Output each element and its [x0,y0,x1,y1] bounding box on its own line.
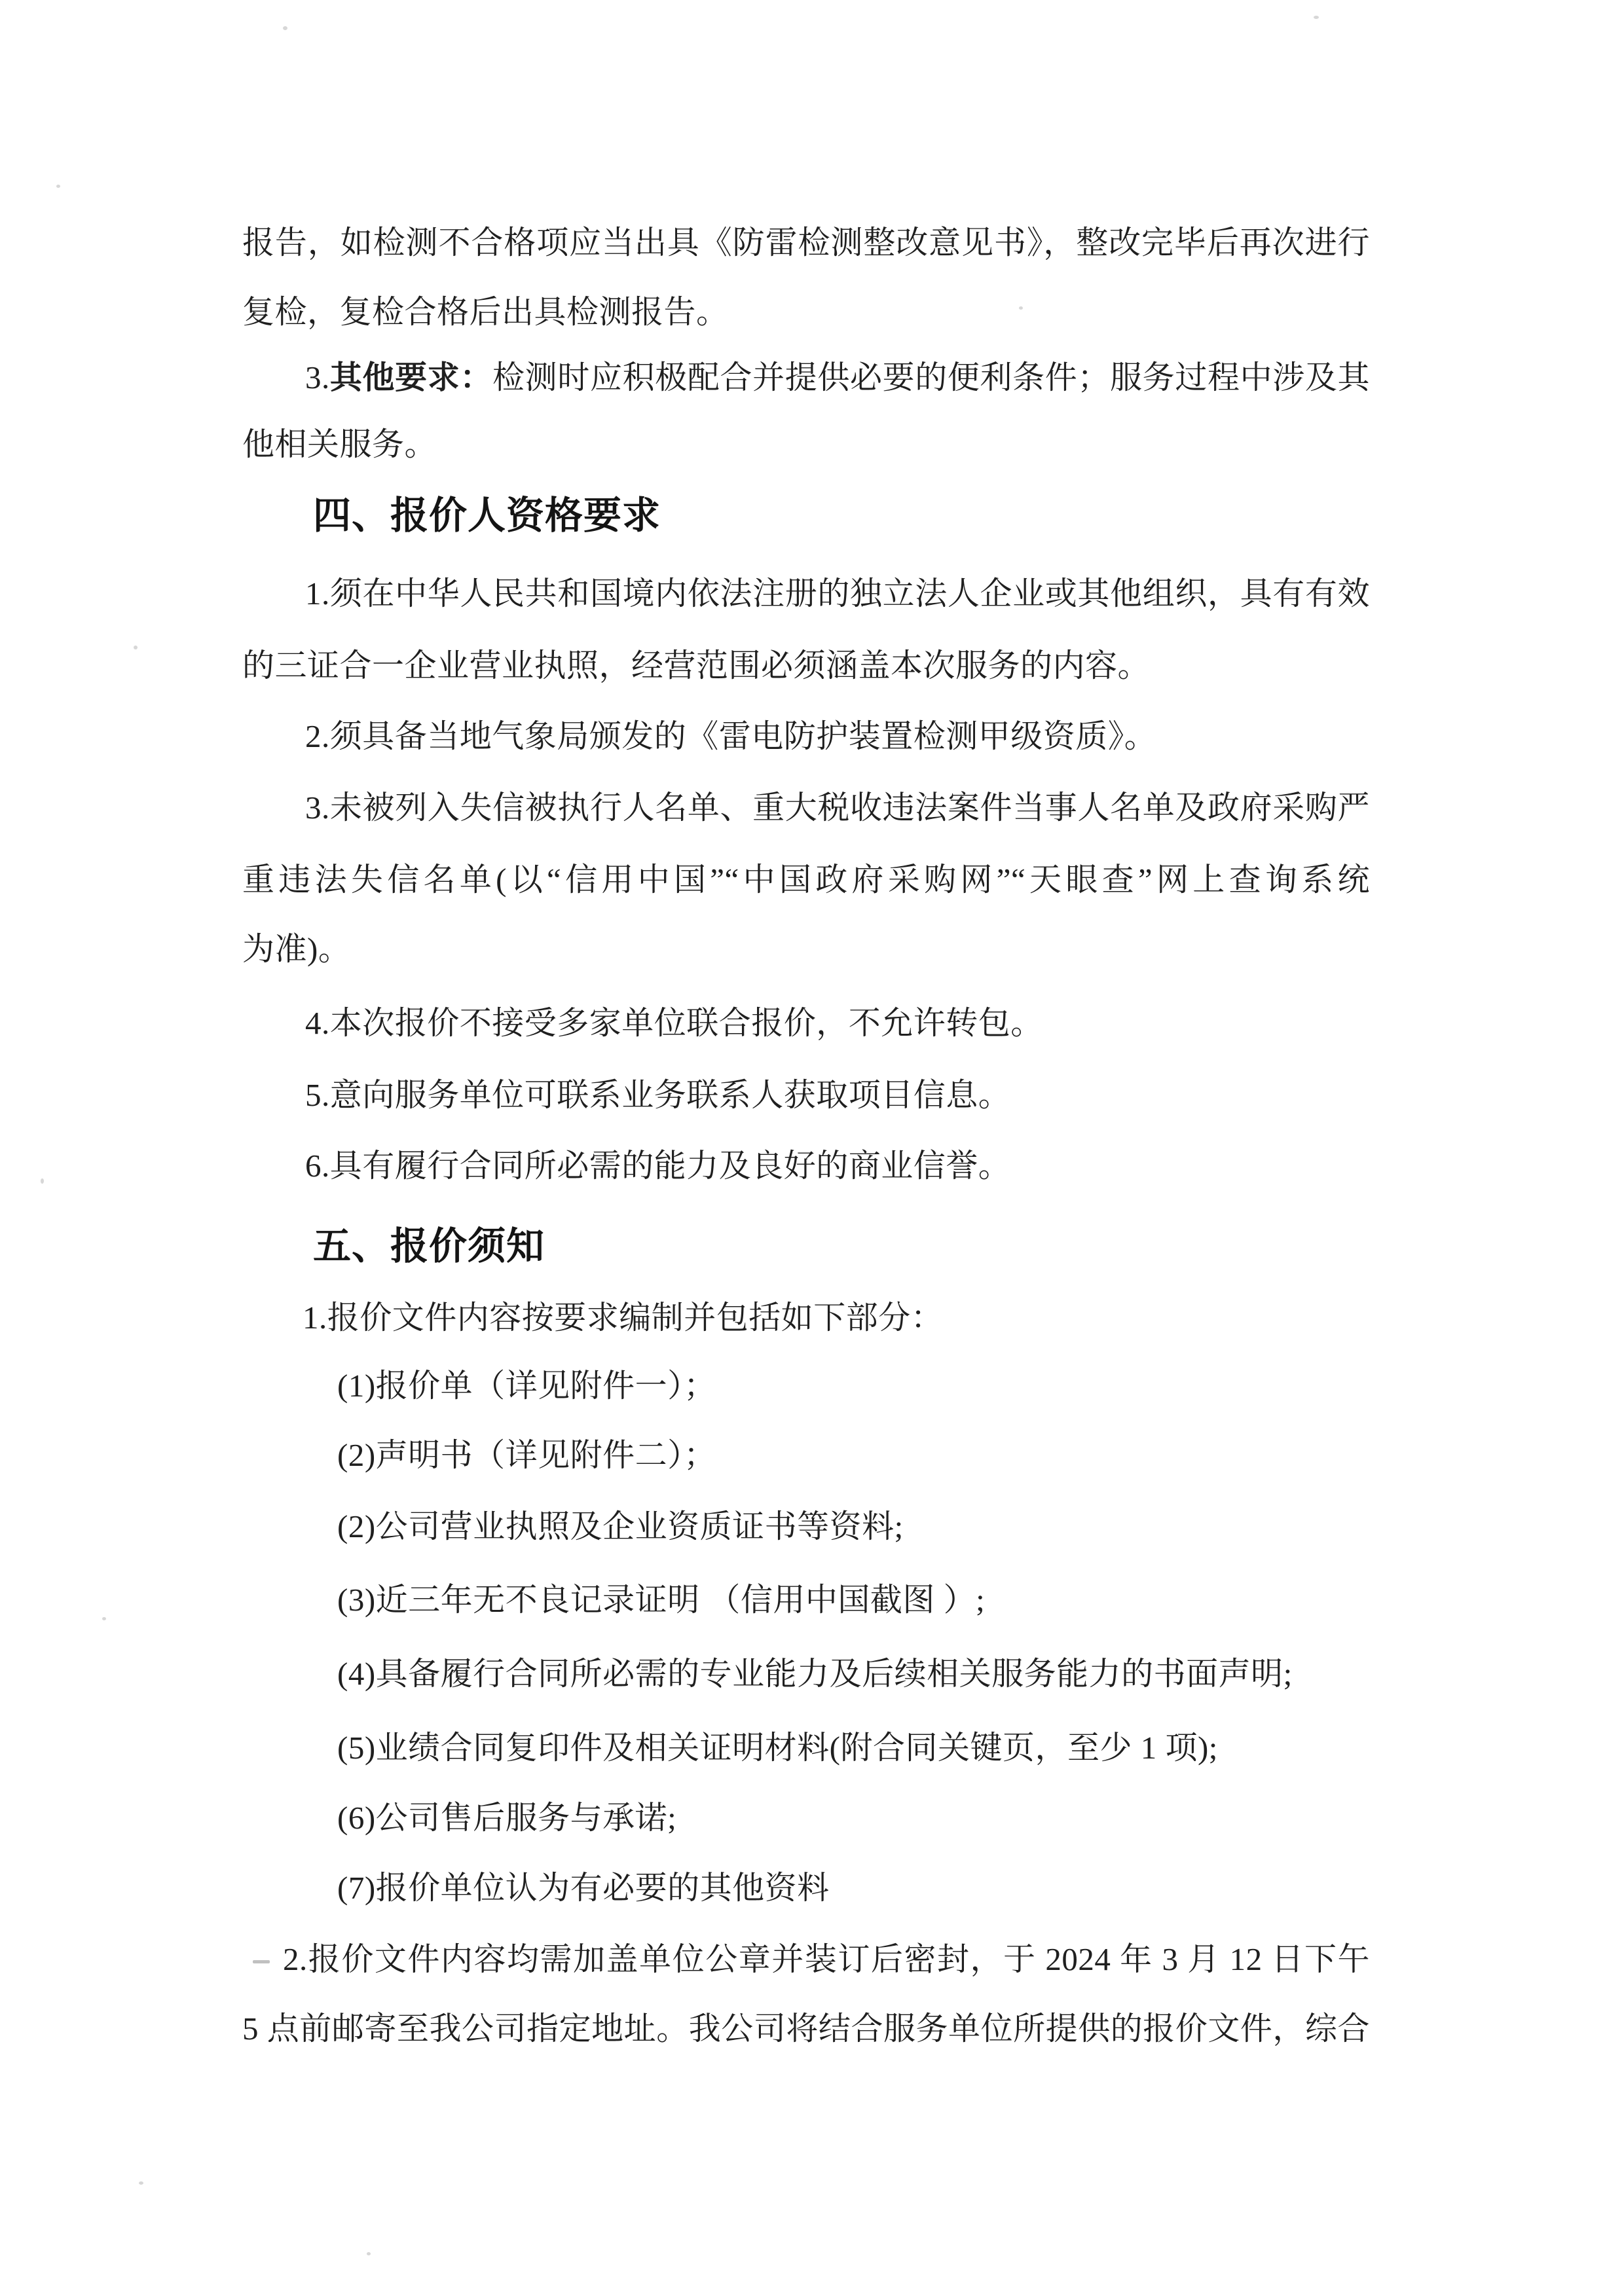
scan-noise [102,1617,106,1620]
item-bold-label: 其他要求： [330,359,492,395]
doc-line: 1.须在中华人民共和国境内依法注册的独立法人企业或其他组织，具有有效 [305,576,1370,612]
doc-line: 重违法失信名单(以“信用中国”“中国政府采购网”“天眼查”网上查询系统 [242,862,1370,898]
item-text: 检测时应积极配合并提供必要的便利条件；服务过程中涉及其 [492,359,1370,395]
list-item: (3)近三年无不良记录证明 （信用中国截图 ）; [337,1582,985,1618]
scan-noise [139,2181,143,2185]
list-item: (1)报价单（详见附件一）； [337,1368,716,1404]
doc-line: 2.报价文件内容均需加盖单位公章并装订后密封，于 2024 年 3 月 12 日… [283,1942,1370,1978]
document-page: 报告，如检测不合格项应当出具《防雷检测整改意见书》，整改完毕后再次进行 复检，复… [0,0,1624,2296]
doc-line: 报告，如检测不合格项应当出具《防雷检测整改意见书》，整改完毕后再次进行 [242,225,1370,261]
scan-noise [1019,306,1023,310]
scan-noise [56,185,60,188]
scan-noise [283,26,287,30]
scan-noise [253,1960,270,1963]
list-item: (7)报价单位认为有必要的其他资料 [337,1870,830,1906]
doc-line: 2.须具备当地气象局颁发的《雷电防护装置检测甲级资质》。 [305,719,1156,755]
section-heading-qualification: 四、报价人资格要求 [313,495,661,538]
doc-line: 3.未被列入失信被执行人名单、重大税收违法案件当事人名单及政府采购严 [305,790,1370,826]
scan-noise [367,2252,371,2255]
doc-line: 5.意向服务单位可联系业务联系人获取项目信息。 [305,1078,1010,1114]
doc-line: 5 点前邮寄至我公司指定地址。我公司将结合服务单位所提供的报价文件，综合 [242,2011,1370,2047]
doc-line: 复检，复检合格后出具检测报告。 [242,295,729,331]
doc-line: 为准)。 [242,932,350,968]
doc-line: 1.报价文件内容按要求编制并包括如下部分： [303,1300,943,1336]
doc-line: 他相关服务。 [242,427,437,463]
doc-line: 4.本次报价不接受多家单位联合报价，不允许转包。 [305,1006,1043,1042]
list-item: (5)业绩合同复印件及相关证明材料(附合同关键页，至少 1 项); [337,1730,1218,1766]
scan-noise [134,646,138,649]
scan-noise [1314,16,1319,19]
doc-line: 的三证合一企业营业执照，经营范围必须涵盖本次服务的内容。 [242,648,1150,684]
scan-noise [41,1178,44,1184]
doc-line: 6.具有履行合同所必需的能力及良好的商业信誉。 [305,1148,1010,1184]
list-item: (2)公司营业执照及企业资质证书等资料; [337,1509,904,1545]
section-heading-quotation-notes: 五、报价须知 [313,1226,545,1268]
list-item: (2)声明书（详见附件二）； [337,1438,716,1474]
list-item: (6)公司售后服务与承诺; [337,1800,676,1836]
item-number: 3. [305,359,330,395]
doc-line: 3.其他要求：检测时应积极配合并提供必要的便利条件；服务过程中涉及其 [305,360,1370,396]
list-item: (4)具备履行合同所必需的专业能力及后续相关服务能力的书面声明; [337,1656,1293,1692]
